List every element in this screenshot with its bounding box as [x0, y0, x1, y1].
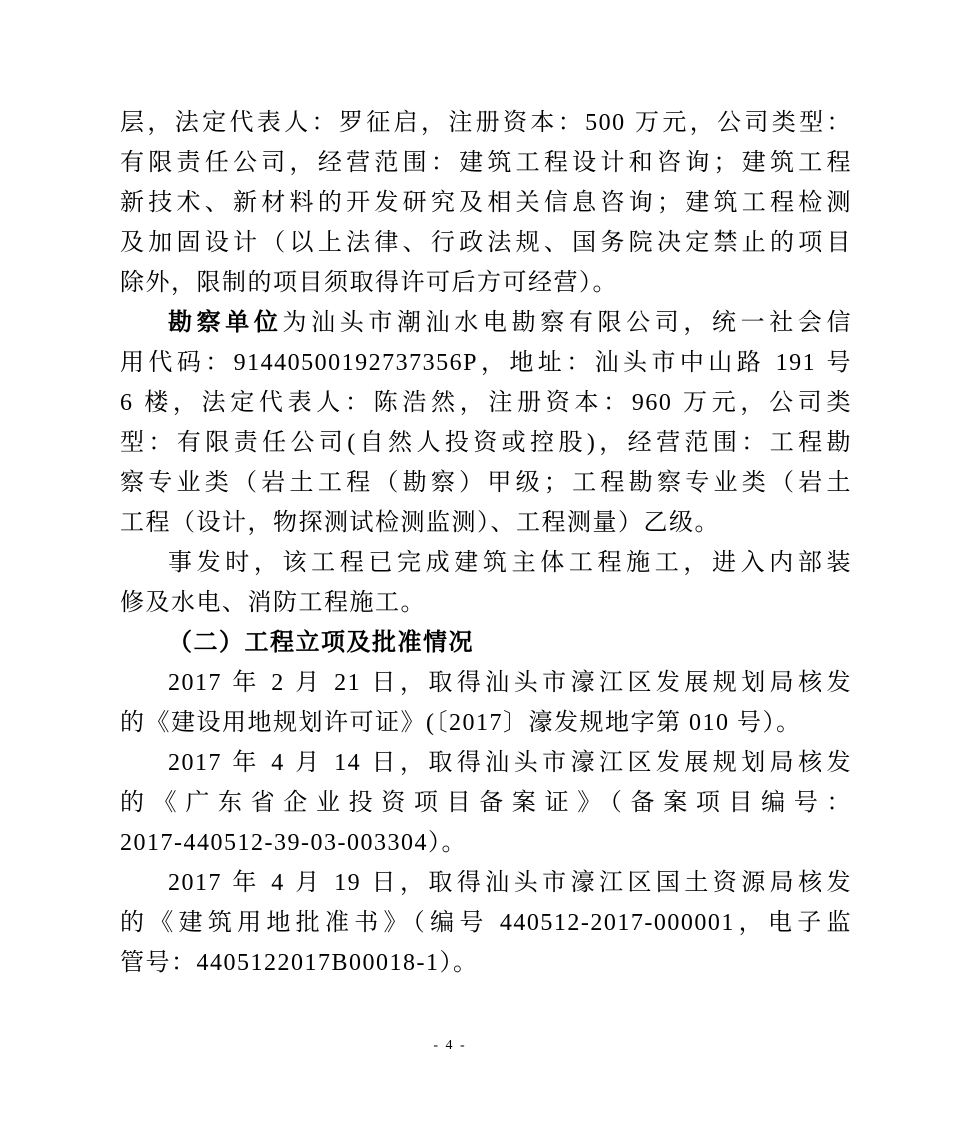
text-line: 2017 年 4 月 19 日，取得汕头市濠江区国土资源局核发 [120, 863, 852, 903]
text-line: 的《建设用地规划许可证》(〔2017〕濠发规地字第 010 号）。 [120, 703, 852, 743]
text-line: 型：有限责任公司(自然人投资或控股)，经营范围：工程勘 [120, 423, 852, 463]
text-line: 察专业类（岩土工程（勘察）甲级；工程勘察专业类（岩土 [120, 463, 852, 503]
text-line: 管号：4405122017B00018-1）。 [120, 943, 852, 983]
text-line: 2017-440512-39-03-003304）。 [120, 823, 852, 863]
text-line: 用代码：91440500192737356P，地址：汕头市中山路 191 号 [120, 343, 852, 383]
text-line: 层，法定代表人：罗征启，注册资本：500 万元，公司类型： [120, 103, 852, 143]
text-line: 修及水电、消防工程施工。 [120, 583, 852, 623]
text-line: 2017 年 2 月 21 日，取得汕头市濠江区发展规划局核发 [120, 663, 852, 703]
text-line: 事发时，该工程已完成建筑主体工程施工，进入内部装 [120, 543, 852, 583]
text-line: 勘察单位为汕头市潮汕水电勘察有限公司，统一社会信 [120, 303, 852, 343]
bold-term: 勘察单位 [168, 310, 283, 336]
text-line: 除外，限制的项目须取得许可后方可经营）。 [120, 263, 852, 303]
text-line: 2017 年 4 月 14 日，取得汕头市濠江区发展规划局核发 [120, 743, 852, 783]
text-line: 的《建筑用地批准书》（编号 440512-2017-000001，电子监 [120, 903, 852, 943]
page-number: - 4 - [370, 1036, 530, 1056]
document-body: 层，法定代表人：罗征启，注册资本：500 万元，公司类型：有限责任公司，经营范围… [120, 103, 852, 983]
section-heading: （二）工程立项及批准情况 [120, 623, 852, 663]
text-line: 及加固设计（以上法律、行政法规、国务院决定禁止的项目 [120, 223, 852, 263]
document-page: 层，法定代表人：罗征启，注册资本：500 万元，公司类型：有限责任公司，经营范围… [0, 0, 960, 1122]
text-line: 的《广东省企业投资项目备案证》（备案项目编号： [120, 783, 852, 823]
text-line: 工程（设计，物探测试检测监测）、工程测量）乙级。 [120, 503, 852, 543]
text-line: 6 楼，法定代表人：陈浩然，注册资本：960 万元，公司类 [120, 383, 852, 423]
text-line: 有限责任公司，经营范围：建筑工程设计和咨询；建筑工程 [120, 143, 852, 183]
text-line: 新技术、新材料的开发研究及相关信息咨询；建筑工程检测 [120, 183, 852, 223]
